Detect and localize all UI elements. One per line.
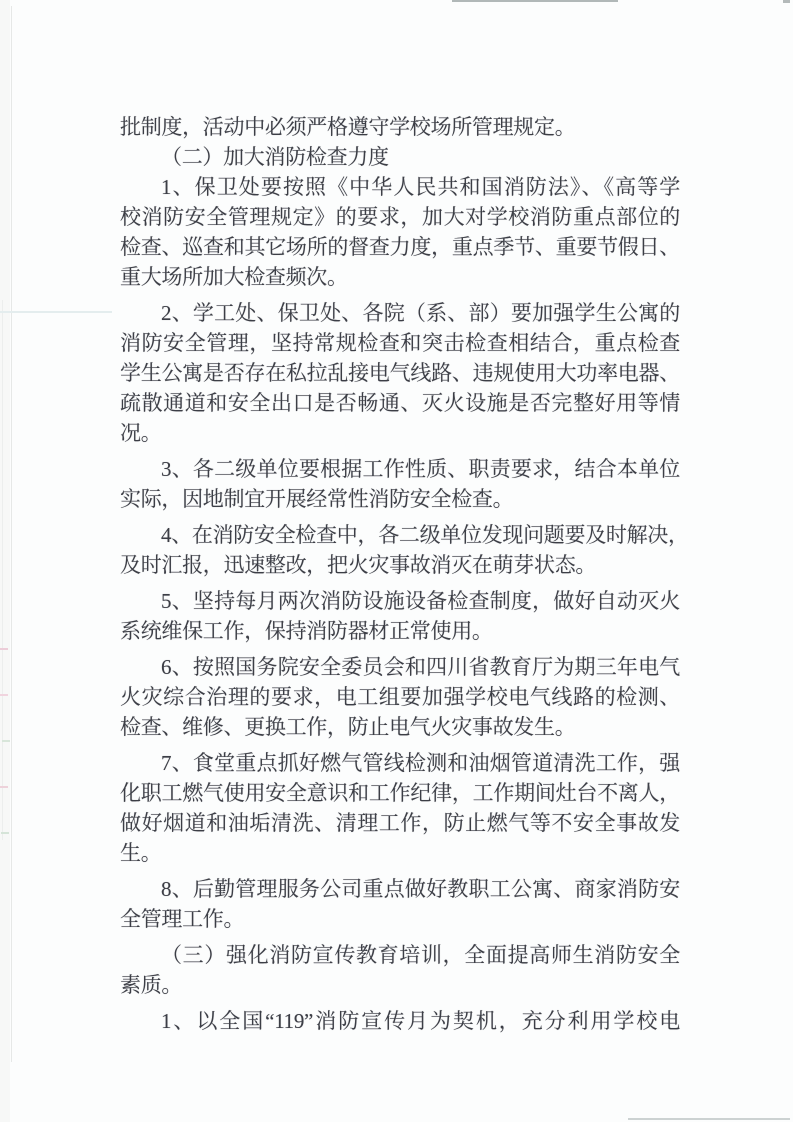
scan-color-tick <box>0 648 8 650</box>
text-line: 检查、维修、更换工作，防止电气火灾事故发生。 <box>120 712 680 742</box>
text-line: 素质。 <box>120 970 680 1000</box>
text-line: 6、按照国务院安全委员会和四川省教育厅为期三年电气 <box>120 652 680 682</box>
text-line: 火灾综合治理的要求，电工组要加强学校电气线路的检测、 <box>120 682 680 712</box>
text-line: 1、保卫处要按照《中华人民共和国消防法》、《高等学 <box>120 172 680 202</box>
scan-edge-strip <box>0 0 10 1122</box>
section-heading: （二）加大消防检查力度 <box>120 142 680 172</box>
scan-bottom-edge-mark <box>628 1118 790 1120</box>
section-heading: （三）强化消防宣传教育培训，全面提高师生消防安全 <box>120 940 680 970</box>
text-line: 做好烟道和油垢清洗、清理工作，防止燃气等不安全事故发 <box>120 808 680 838</box>
text-line: 8、后勤管理服务公司重点做好教职工公寓、商家消防安 <box>120 874 680 904</box>
scan-left-edge-line-2 <box>2 300 3 840</box>
text-line: 批制度，活动中必须严格遵守学校场所管理规定。 <box>120 112 680 142</box>
text-line: 校消防安全管理规定》的要求，加大对学校消防重点部位的 <box>120 202 680 232</box>
text-line: 3、各二级单位要根据工作性质、职责要求，结合本单位 <box>120 454 680 484</box>
document-text-block: 批制度，活动中必须严格遵守学校场所管理规定。 （二）加大消防检查力度 1、保卫处… <box>120 112 680 1036</box>
scan-color-tick <box>0 786 8 788</box>
scan-color-tick <box>2 740 10 742</box>
text-line: 系统维保工作，保持消防器材正常使用。 <box>120 616 680 646</box>
text-line: 检查、巡查和其它场所的督查力度，重点季节、重要节假日、 <box>120 232 680 262</box>
text-line: 重大场所加大检查频次。 <box>120 262 680 292</box>
text-line: 5、坚持每月两次消防设施设备检查制度，做好自动灭火 <box>120 586 680 616</box>
text-line: 及时汇报，迅速整改，把火灾事故消灭在萌芽状态。 <box>120 550 680 580</box>
scan-color-tick <box>1 832 9 834</box>
text-line: 2、学工处、保卫处、各院（系、部）要加强学生公寓的 <box>120 298 680 328</box>
scan-top-right-mark <box>783 0 790 3</box>
text-line: 1、以全国“119”消防宣传月为契机，充分利用学校电 <box>120 1006 680 1036</box>
text-line: 化职工燃气使用安全意识和工作纪律，工作期间灶台不离人， <box>120 778 680 808</box>
text-line: 疏散通道和安全出口是否畅通、灭火设施是否完整好用等情 <box>120 388 680 418</box>
text-line: 学生公寓是否存在私拉乱接电气线路、违规使用大功率电器、 <box>120 358 680 388</box>
text-line: 实际，因地制宜开展经常性消防安全检查。 <box>120 484 680 514</box>
scan-faint-rule-line <box>0 311 112 313</box>
scan-color-tick <box>0 694 8 696</box>
text-line: 况。 <box>120 418 680 448</box>
text-line: 生。 <box>120 838 680 868</box>
scan-top-edge-mark <box>452 0 618 2</box>
scan-left-edge-line <box>11 6 12 1062</box>
document-page: 批制度，活动中必须严格遵守学校场所管理规定。 （二）加大消防检查力度 1、保卫处… <box>0 0 793 1122</box>
text-line: 全管理工作。 <box>120 904 680 934</box>
text-line: 4、在消防安全检查中，各二级单位发现问题要及时解决， <box>120 520 680 550</box>
text-line: 消防安全管理，坚持常规检查和突击检查相结合，重点检查 <box>120 328 680 358</box>
text-line: 7、食堂重点抓好燃气管线检测和油烟管道清洗工作，强 <box>120 748 680 778</box>
